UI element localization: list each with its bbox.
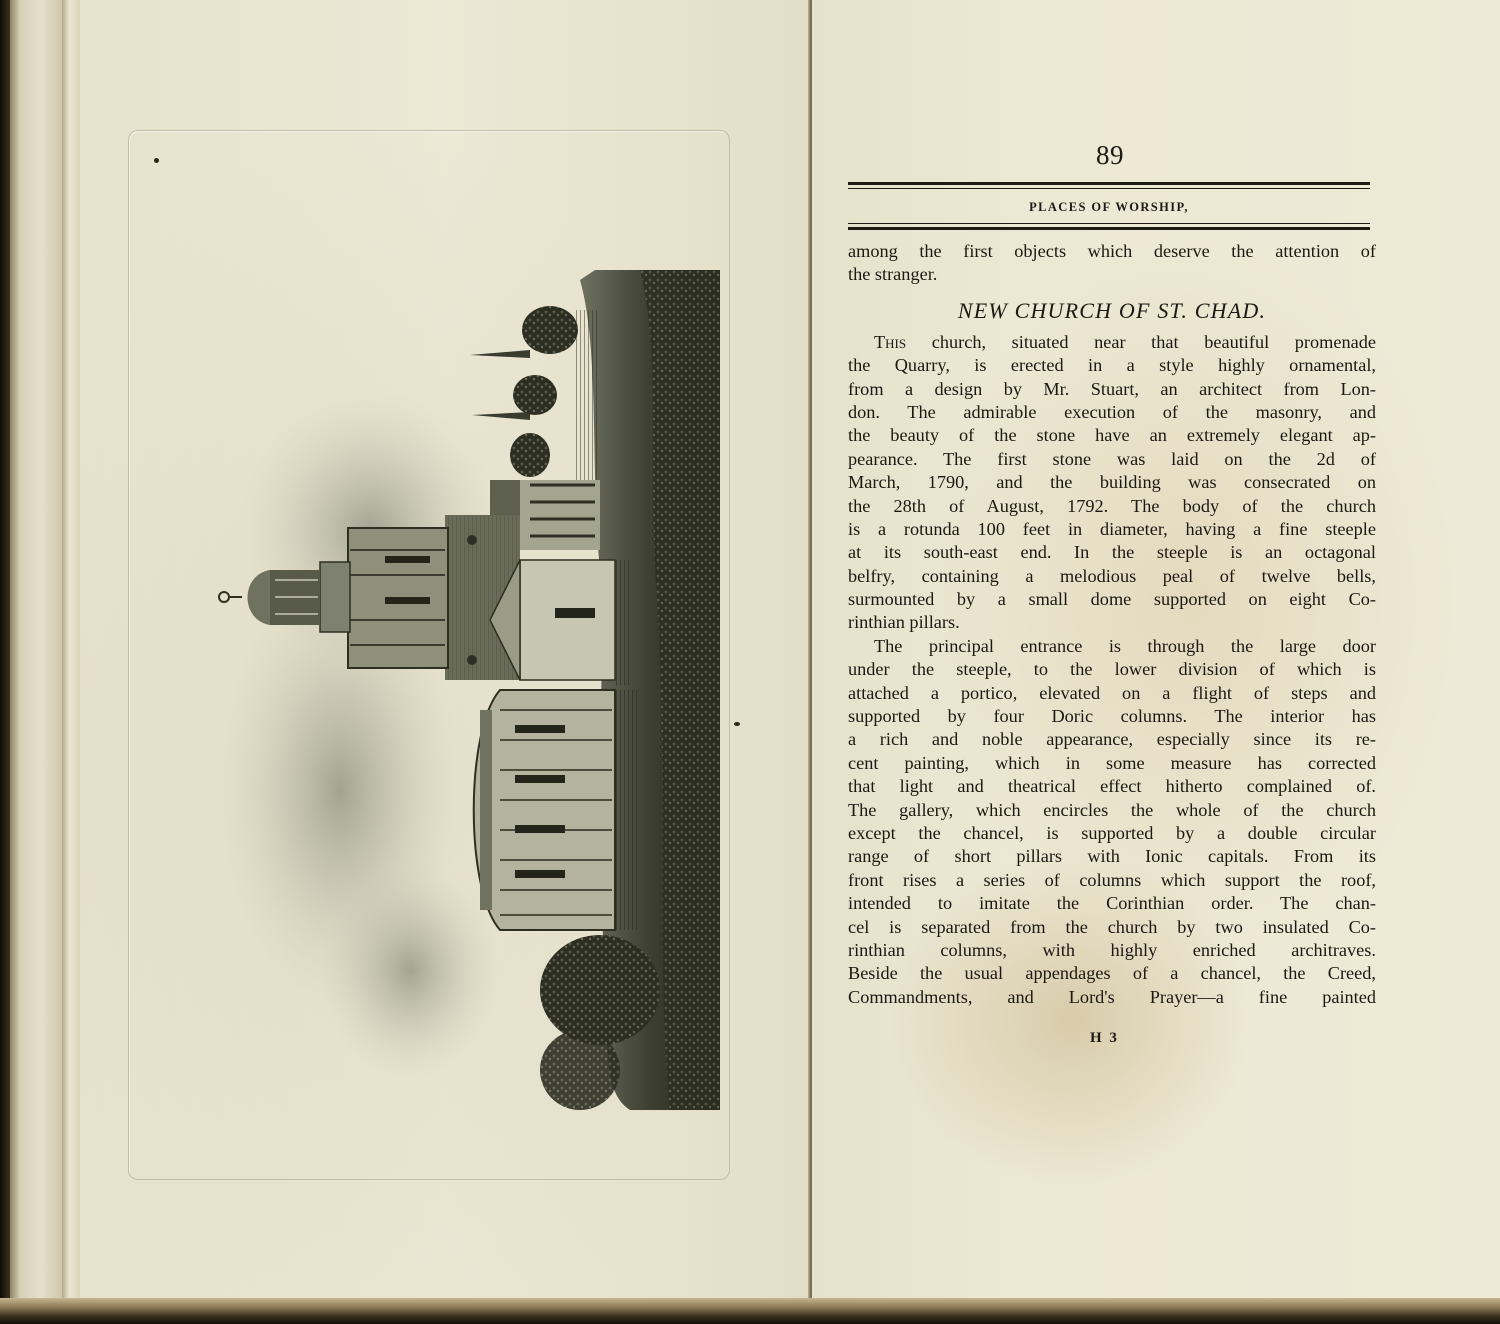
header-rule-bottom-thin: [848, 223, 1370, 224]
header-rule-top-thin: [848, 188, 1370, 189]
text-line: that light and theatrical effect hithert…: [848, 775, 1376, 798]
text-line: don. The admirable execution of the maso…: [848, 401, 1376, 424]
signature-mark: H 3: [1090, 1030, 1119, 1047]
text-line: at its south-east end. In the steeple is…: [848, 541, 1376, 564]
text-line: a rich and noble appearance, especially …: [848, 728, 1376, 751]
text-line: March, 1790, and the building was consec…: [848, 471, 1376, 494]
section-title: NEW CHURCH OF ST. CHAD.: [848, 299, 1376, 323]
text-line: rinthian columns, with highly enriched a…: [848, 939, 1376, 962]
text-line: The principal entrance is through the la…: [848, 635, 1376, 658]
page-body: among the first objects which deserve th…: [848, 240, 1376, 1009]
paper-speck: [154, 158, 159, 163]
text-line: supported by four Doric columns. The int…: [848, 705, 1376, 728]
text-line: the stranger.: [848, 263, 1376, 286]
text-line: pearance. The first stone was laid on th…: [848, 448, 1376, 471]
header-rule-bottom: [848, 227, 1370, 230]
engraving-st-chad-church: [200, 270, 720, 1110]
book-spread: 89 PLACES OF WORSHIP, among the first ob…: [0, 0, 1500, 1324]
text-line: front rises a series of columns which su…: [848, 869, 1376, 892]
text-line: cel is separated from the church by two …: [848, 916, 1376, 939]
text-line: the beauty of the stone have an extremel…: [848, 424, 1376, 447]
text-line: under the steeple, to the lower division…: [848, 658, 1376, 681]
text-line: Beside the usual appendages of a chancel…: [848, 962, 1376, 985]
text-line: among the first objects which deserve th…: [848, 240, 1376, 263]
text-line: the 28th of August, 1792. The body of th…: [848, 495, 1376, 518]
text-line: except the chancel, is supported by a do…: [848, 822, 1376, 845]
header-rule-top: [848, 182, 1370, 185]
lead-word: This: [874, 332, 906, 352]
page-fold: [62, 0, 81, 1306]
text-line: This church, situated near that beautifu…: [848, 331, 1376, 354]
page-number: 89: [1070, 140, 1150, 171]
text-line: Commandments, and Lord's Prayer—a fine p…: [848, 986, 1376, 1009]
text-line: the Quarry, is erected in a style highly…: [848, 354, 1376, 377]
bottom-page-edges: [0, 1298, 1500, 1324]
text-line: is a rotunda 100 feet in diameter, havin…: [848, 518, 1376, 541]
text-line: attached a portico, elevated on a flight…: [848, 682, 1376, 705]
page-edge-stack: [10, 0, 62, 1310]
text-line: cent painting, which in some measure has…: [848, 752, 1376, 775]
running-head: PLACES OF WORSHIP,: [848, 200, 1370, 215]
text-line: belfry, containing a melodious peal of t…: [848, 565, 1376, 588]
binding-edge: [0, 0, 10, 1324]
text-line: rinthian pillars.: [848, 611, 1376, 634]
text-line: The gallery, which encircles the whole o…: [848, 799, 1376, 822]
text-line: from a design by Mr. Stuart, an architec…: [848, 378, 1376, 401]
text-line: surmounted by a small dome supported on …: [848, 588, 1376, 611]
text-line: range of short pillars with Ionic capita…: [848, 845, 1376, 868]
text-line: intended to imitate the Corinthian order…: [848, 892, 1376, 915]
paper-speck: [734, 722, 740, 726]
